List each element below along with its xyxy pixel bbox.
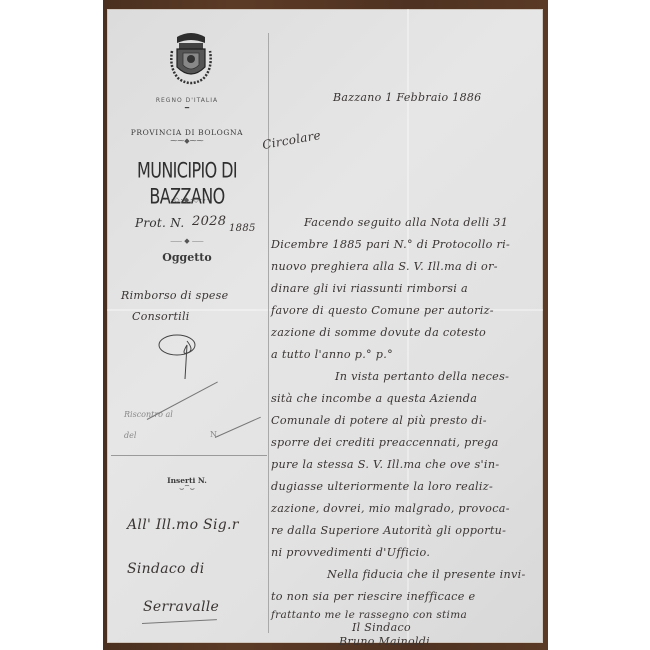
strike-line bbox=[215, 417, 261, 438]
body-line: Comunale di potere al più presto di- bbox=[271, 414, 487, 427]
ornament-divider: ·‹·◇·◆·◇·›· bbox=[107, 196, 267, 204]
subject-line: Consortili bbox=[132, 310, 190, 323]
section-divider bbox=[111, 455, 267, 456]
body-line: re dalla Superiore Autorità gli opportu- bbox=[271, 524, 506, 537]
body-line: dinare gli ivi riassunti rimborsi a bbox=[271, 282, 468, 295]
ornament-divider: ⸺ ◆ ⸺ bbox=[107, 236, 267, 246]
underline bbox=[142, 619, 217, 624]
body-line: zazione, dovrei, mio malgrado, provoca- bbox=[271, 502, 510, 515]
recipient-line: All' Ill.mo Sig.r bbox=[127, 517, 239, 533]
ornament-divider: ━ bbox=[107, 104, 267, 112]
margin-rule bbox=[268, 33, 269, 633]
body-line: a tutto l'anno p.° p.° bbox=[271, 348, 393, 361]
body-line: sità che incombe a questa Azienda bbox=[271, 392, 477, 405]
ornament-divider: ⌣⁀⌣ bbox=[107, 484, 267, 494]
strike-line bbox=[147, 382, 218, 420]
place-date: Bazzano 1 Febbraio 1886 bbox=[333, 91, 481, 104]
body-line: zazione di somme dovute da cotesto bbox=[271, 326, 486, 339]
kingdom-label: REGNO D'ITALIA bbox=[107, 97, 267, 104]
paraph-flourish-icon bbox=[157, 331, 207, 381]
body-line: sporre dei crediti preaccennati, prega bbox=[271, 436, 499, 449]
body-line: pure la stessa S. V. Ill.ma che ove s'in… bbox=[271, 458, 499, 471]
protocol-number: 2028 bbox=[192, 214, 226, 229]
reply-date-label: del bbox=[124, 431, 136, 440]
signature: Bruno Mainoldi bbox=[339, 635, 430, 648]
letter-paper: REGNO D'ITALIA ━ PROVINCIA DI BOLOGNA ⁓⁓… bbox=[107, 9, 543, 643]
body-line: In vista pertanto della neces- bbox=[335, 370, 509, 383]
body-line: Nella fiducia che il presente invi- bbox=[327, 568, 526, 581]
recipient-line: Sindaco di bbox=[127, 561, 205, 577]
protocol-label: Prot. N. bbox=[135, 216, 184, 230]
body-line: favore di questo Comune per autoriz- bbox=[271, 304, 494, 317]
body-line: frattanto me le rassegno con stima bbox=[271, 609, 467, 621]
subject-label: Oggetto bbox=[107, 251, 267, 264]
body-line: Dicembre 1885 pari N.° di Protocollo ri- bbox=[271, 238, 510, 251]
province-label: PROVINCIA DI BOLOGNA bbox=[107, 128, 267, 137]
coat-of-arms-icon bbox=[169, 29, 213, 87]
body-line: to non sia per riescire inefficace e bbox=[271, 590, 475, 603]
body-line: dugiasse ulteriormente la loro realiz- bbox=[271, 480, 493, 493]
protocol-year: 1885 bbox=[229, 223, 256, 234]
body-line: ni provvedimenti d'Ufficio. bbox=[271, 546, 430, 559]
recipient-line: Serravalle bbox=[143, 599, 219, 615]
circular-heading: Circolare bbox=[261, 128, 322, 152]
subject-line: Rimborso di spese bbox=[121, 289, 228, 302]
body-line: nuovo preghiera alla S. V. Ill.ma di or- bbox=[271, 260, 498, 273]
closing: Il Sindaco bbox=[352, 621, 411, 634]
ornament-divider: ⁓⁓◆⁓⁓ bbox=[107, 137, 267, 145]
body-line: Facendo seguito alla Nota delli 31 bbox=[304, 216, 508, 229]
